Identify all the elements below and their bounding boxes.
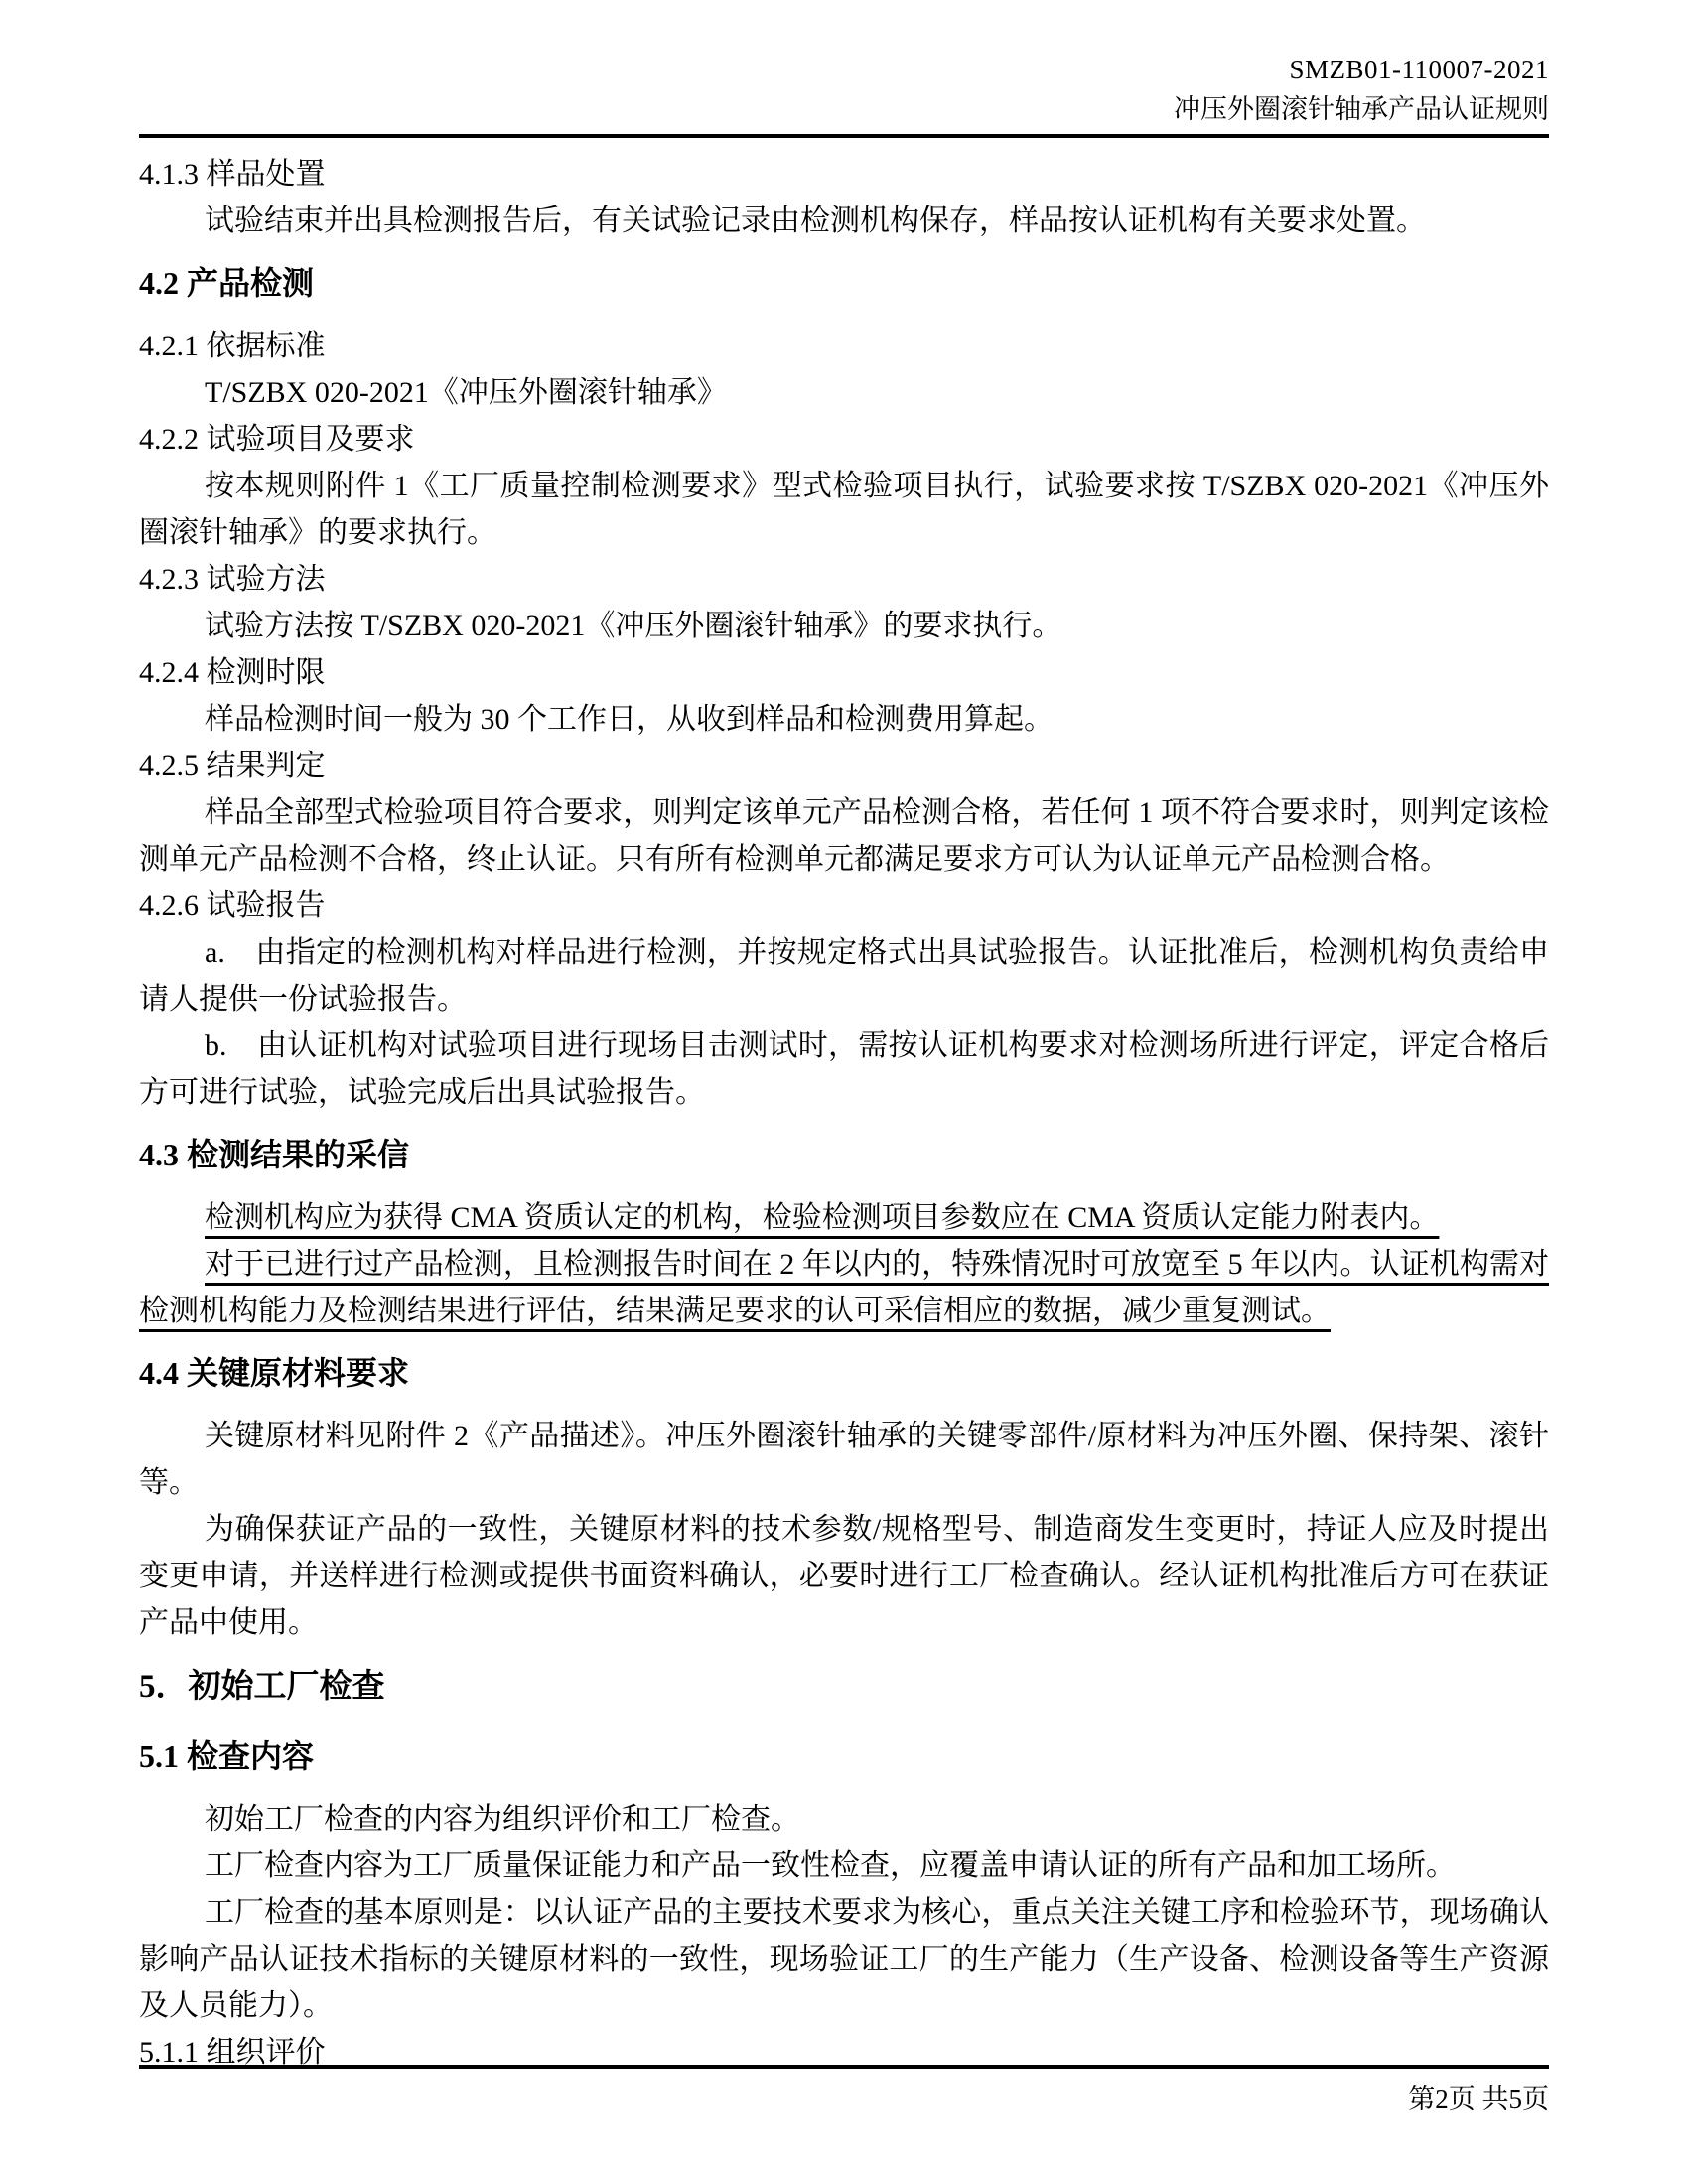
paragraph: 样品全部型式检验项目符合要求，则判定该单元产品检测合格，若任何 1 项不符合要求… — [139, 789, 1549, 883]
paragraph: T/SZBX 020-2021《冲压外圈滚针轴承》 — [139, 369, 1549, 416]
underlined-paragraph: 对于已进行过产品检测，且检测报告时间在 2 年以内的，特殊情况时可放宽至 5 年… — [139, 1241, 1549, 1334]
page-header: SMZB01-110007-2021 冲压外圈滚针轴承产品认证规则 — [139, 50, 1549, 138]
section-heading: 4.2.5 结果判定 — [139, 743, 1549, 789]
chapter-heading: 5．初始工厂检查 — [139, 1662, 1549, 1711]
page-number: 第2页 共5页 — [1408, 2084, 1549, 2114]
document-title: 冲压外圈滚针轴承产品认证规则 — [139, 89, 1549, 129]
section-heading: 5.1 检查内容 — [139, 1731, 1549, 1781]
document-body: 4.1.3 样品处置 试验结束并出具检测报告后，有关试验记录由检测机构保存，样品… — [139, 151, 1549, 2076]
section-heading: 4.3 检测结果的采信 — [139, 1130, 1549, 1179]
section-heading: 4.2.4 检测时限 — [139, 649, 1549, 696]
section-heading: 4.2.1 依据标准 — [139, 323, 1549, 369]
paragraph: 为确保获证产品的一致性，关键原材料的技术参数/规格型号、制造商发生变更时，持证人… — [139, 1506, 1549, 1646]
paragraph-item-a: a. 由指定的检测机构对样品进行检测，并按规定格式出具试验报告。认证批准后，检测… — [139, 929, 1549, 1023]
section-heading: 4.1.3 样品处置 — [139, 151, 1549, 198]
paragraph: 关键原材料见附件 2《产品描述》。冲压外圈滚针轴承的关键零部件/原材料为冲压外圈… — [139, 1413, 1549, 1506]
section-heading: 4.2.6 试验报告 — [139, 883, 1549, 929]
paragraph: 按本规则附件 1《工厂质量控制检测要求》型式检验项目执行，试验要求按 T/SZB… — [139, 463, 1549, 556]
section-heading: 4.2.3 试验方法 — [139, 556, 1549, 603]
paragraph: 试验结束并出具检测报告后，有关试验记录由检测机构保存，样品按认证机构有关要求处置… — [139, 198, 1549, 244]
paragraph-item-b: b. 由认证机构对试验项目进行现场目击测试时，需按认证机构要求对检测场所进行评定… — [139, 1023, 1549, 1116]
paragraph: 样品检测时间一般为 30 个工作日，从收到样品和检测费用算起。 — [139, 696, 1549, 743]
document-number: SMZB01-110007-2021 — [139, 50, 1549, 89]
underlined-paragraph: 检测机构应为获得 CMA 资质认定的机构，检验检测项目参数应在 CMA 资质认定… — [139, 1194, 1549, 1241]
paragraph: 初始工厂检查的内容为组织评价和工厂检查。 — [139, 1796, 1549, 1843]
page-footer: 第2页 共5页 — [139, 2065, 1549, 2116]
section-heading: 4.2.2 试验项目及要求 — [139, 416, 1549, 463]
section-heading: 4.2 产品检测 — [139, 258, 1549, 308]
paragraph: 试验方法按 T/SZBX 020-2021《冲压外圈滚针轴承》的要求执行。 — [139, 603, 1549, 649]
paragraph: 工厂检查的基本原则是：以认证产品的主要技术要求为核心，重点关注关键工序和检验环节… — [139, 1889, 1549, 2029]
document-page: SMZB01-110007-2021 冲压外圈滚针轴承产品认证规则 4.1.3 … — [0, 0, 1688, 2184]
paragraph: 工厂检查内容为工厂质量保证能力和产品一致性检查，应覆盖申请认证的所有产品和加工场… — [139, 1843, 1549, 1889]
section-heading: 4.4 关键原材料要求 — [139, 1348, 1549, 1398]
